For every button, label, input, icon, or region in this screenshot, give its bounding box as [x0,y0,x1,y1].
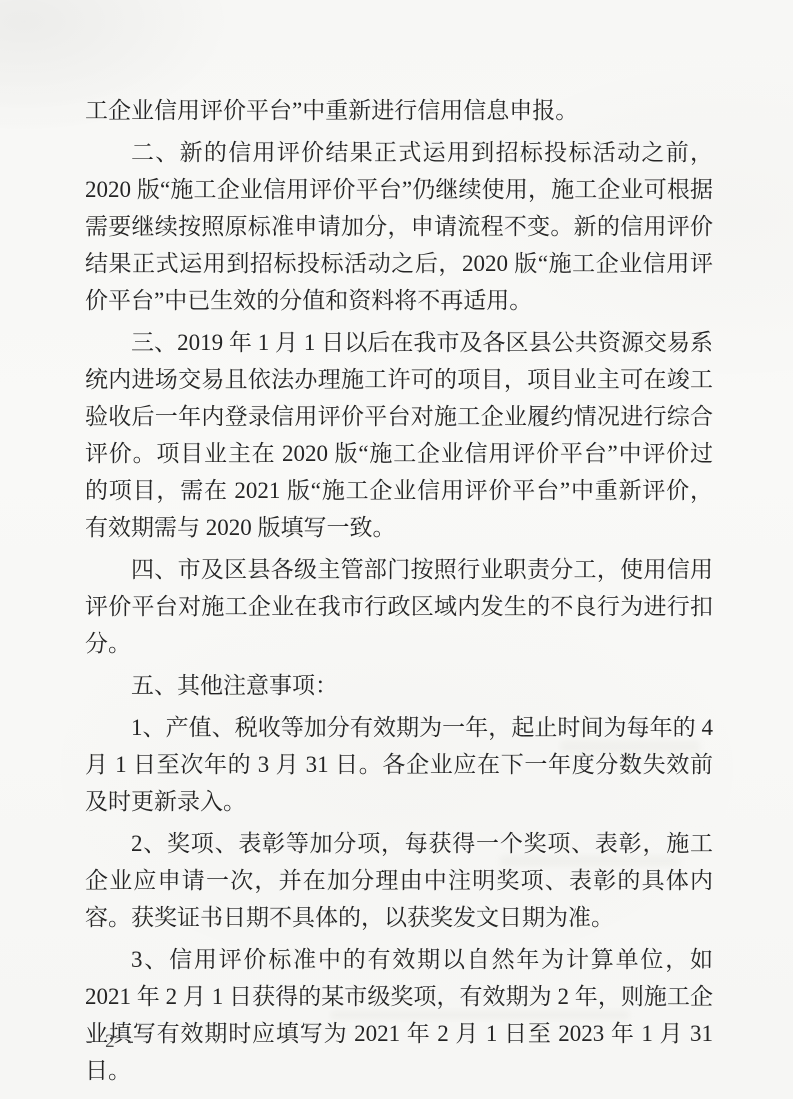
paragraph-item-5-heading: 五、其他注意事项： [85,667,713,704]
paragraph-item-3: 三、2019 年 1 月 1 日以后在我市及各区县公共资源交易系统内进场交易且依… [85,324,713,546]
paragraph-note-2: 2、奖项、表彰等加分项，每获得一个奖项、表彰，施工企业应申请一次，并在加分理由中… [85,825,713,936]
scanned-document-page: 工企业信用评价平台”中重新进行信用信息申报。 二、新的信用评价结果正式运用到招标… [0,0,793,1099]
document-body: 工企业信用评价平台”中重新进行信用信息申报。 二、新的信用评价结果正式运用到招标… [85,92,713,1094]
page-number: - 2 - [86,1028,138,1056]
paragraph-note-3: 3、信用评价标准中的有效期以自然年为计算单位，如 2021 年 2 月 1 日获… [85,941,713,1089]
paragraph-continuation: 工企业信用评价平台”中重新进行信用信息申报。 [85,92,713,129]
paragraph-item-2: 二、新的信用评价结果正式运用到招标投标活动之前，2020 版“施工企业信用评价平… [85,134,713,319]
paragraph-note-1: 1、产值、税收等加分有效期为一年，起止时间为每年的 4 月 1 日至次年的 3 … [85,709,713,820]
paragraph-item-4: 四、市及区县各级主管部门按照行业职责分工，使用信用评价平台对施工企业在我市行政区… [85,551,713,662]
